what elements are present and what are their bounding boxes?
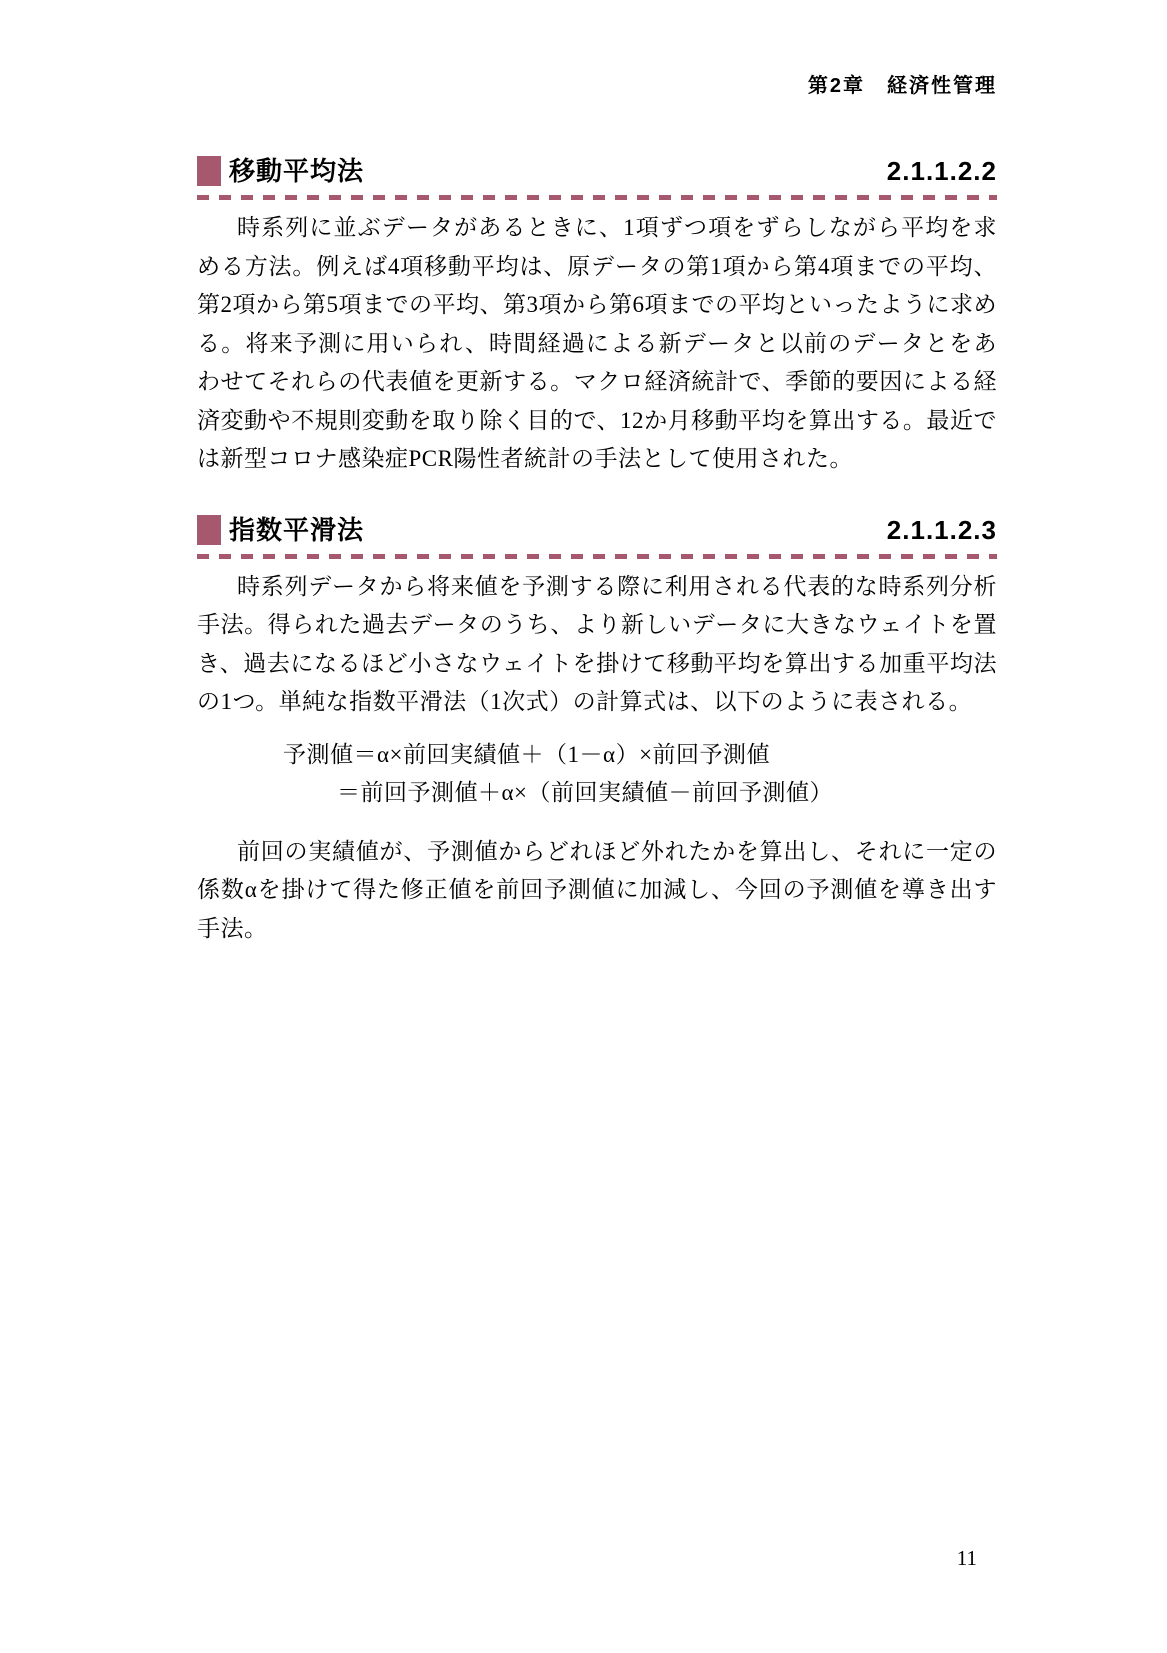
section-moving-average: 移動平均法 2.1.1.2.2 時系列に並ぶデータがあるときに、1項ずつ項をずら… bbox=[197, 154, 997, 479]
dashed-divider bbox=[197, 554, 997, 559]
dashed-divider bbox=[197, 195, 997, 200]
document-page: 第2章 経済性管理 移動平均法 2.1.1.2.2 時系列に並ぶデータがあるとき… bbox=[0, 0, 1167, 1653]
section-title: 移動平均法 bbox=[229, 154, 364, 188]
formula-line: 予測値＝α×前回実績値＋（1－α）×前回予測値 bbox=[197, 736, 997, 775]
section-title: 指数平滑法 bbox=[229, 513, 364, 547]
section-marker-square-icon bbox=[197, 156, 221, 186]
section-marker-square-icon bbox=[197, 515, 221, 545]
running-header: 第2章 経済性管理 bbox=[197, 0, 997, 98]
section-number: 2.1.1.2.2 bbox=[887, 154, 997, 188]
content-column: 第2章 経済性管理 移動平均法 2.1.1.2.2 時系列に並ぶデータがあるとき… bbox=[197, 0, 997, 948]
paragraph: 前回の実績値が、予測値からどれほど外れたかを算出し、それに一定の係数αを掛けて得… bbox=[197, 833, 997, 949]
formula-line: ＝前回予測値＋α×（前回実績値－前回予測値） bbox=[197, 774, 997, 813]
formula-block: 予測値＝α×前回実績値＋（1－α）×前回予測値 ＝前回予測値＋α×（前回実績値－… bbox=[197, 736, 997, 813]
page-number: 11 bbox=[957, 1546, 977, 1570]
section-heading: 移動平均法 2.1.1.2.2 bbox=[197, 154, 997, 188]
paragraph: 時系列に並ぶデータがあるときに、1項ずつ項をずらしながら平均を求める方法。例えば… bbox=[197, 209, 997, 479]
section-heading: 指数平滑法 2.1.1.2.3 bbox=[197, 513, 997, 547]
section-number: 2.1.1.2.3 bbox=[887, 513, 997, 547]
paragraph: 時系列データから将来値を予測する際に利用される代表的な時系列分析手法。得られた過… bbox=[197, 568, 997, 722]
section-exponential-smoothing: 指数平滑法 2.1.1.2.3 時系列データから将来値を予測する際に利用される代… bbox=[197, 513, 997, 949]
